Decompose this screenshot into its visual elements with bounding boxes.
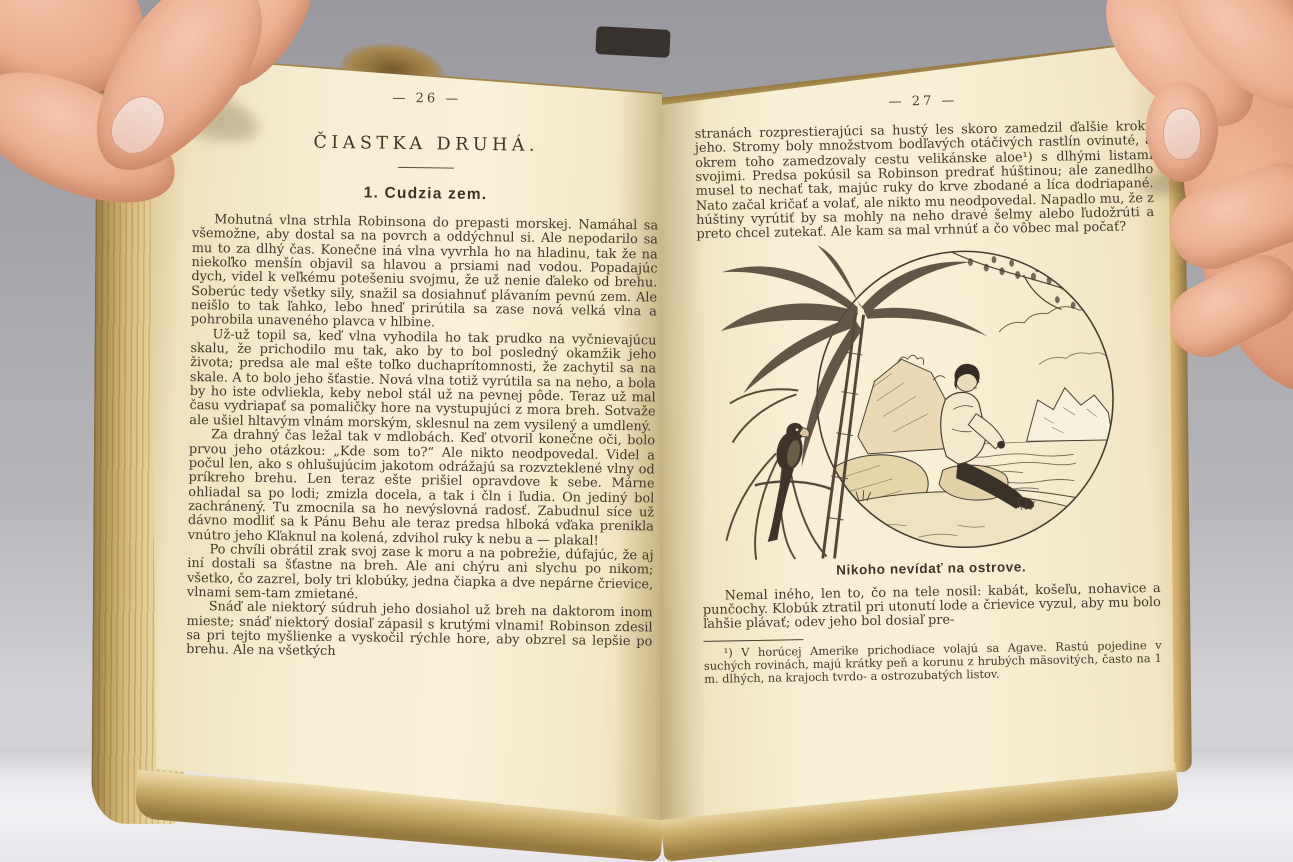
cloud [1039,352,1108,364]
branch-leaves [968,254,1094,310]
paragraph: stranách rozprestierajúci sa hustý les s… [695,120,1155,243]
right-page-text: — 27 — stranách rozprestierajúci sa hust… [694,90,1162,686]
back-rocks [857,358,947,454]
right-thumbnail [1163,108,1201,160]
paragraph: Už-už topil sa, keď vlna vyhodila ho tak… [189,328,656,435]
illustration-caption: Nikoho nevídať na ostrove. [702,557,1160,580]
left-page: — 26 — ČIASTKA DRUHÁ. 1. Cudzia zem. Moh… [150,48,662,820]
page-number-right: — 27 — [694,90,1152,113]
page-number-left: — 26 — [194,88,660,110]
cliffs [1026,387,1113,441]
right-page: — 27 — stranách rozprestierajúci sa hust… [660,38,1174,820]
section-heading: 1. Cudzia zem. [192,182,658,207]
island-illustration [708,239,1149,561]
left-page-text: — 26 — ČIASTKA DRUHÁ. 1. Cudzia zem. Moh… [186,88,660,664]
paragraph: Mohutná vlna strhla Robinsona do prepast… [191,213,659,334]
cloud [999,306,1099,332]
paragraph: Snáď ale niektorý súdruh jeho dosiahol u… [186,600,653,664]
paragraph: Po chvíli obrátil zrak svoj zase k moru … [187,543,654,607]
footnote: ¹) V horúcej Amerike prichodiace volajú … [704,639,1163,686]
photo-of-open-book: — 26 — ČIASTKA DRUHÁ. 1. Cudzia zem. Moh… [0,0,1293,862]
footnote-rule [703,639,803,642]
chapter-heading: ČIASTKA DRUHÁ. [193,131,659,158]
paragraph: Za drahný čas ležal tak v mdlobách. Keď … [188,428,656,549]
heading-divider [398,167,454,169]
book-cover-edge [595,26,670,58]
paragraph: Nemal iného, len to, čo na tele nosil: k… [703,582,1162,633]
left-index-fingernail [101,87,175,164]
